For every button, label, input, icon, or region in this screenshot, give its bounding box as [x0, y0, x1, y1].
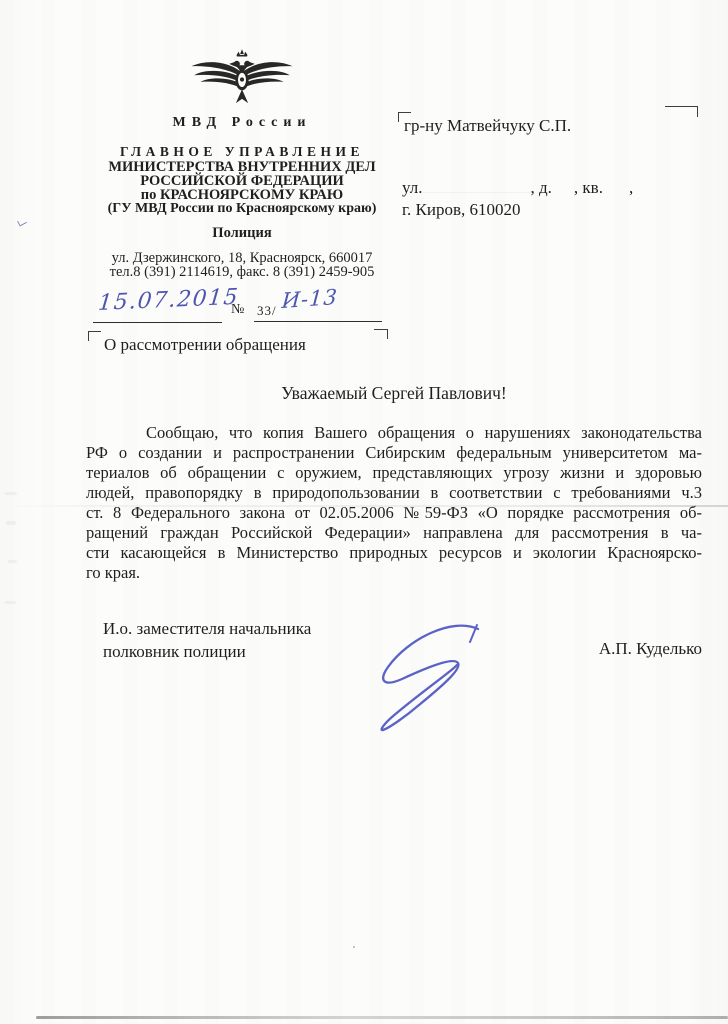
signer-name: А.П. Куделько: [552, 639, 702, 659]
org-line: МИНИСТЕРСТВА ВНУТРЕННИХ ДЕЛ: [92, 160, 392, 174]
org-line: РОССИЙСКОЙ ФЕДЕРАЦИИ: [92, 174, 392, 188]
scanned-letter-page: МВД России ГЛАВНОЕ УПРАВЛЕНИЕ МИНИСТЕРСТ…: [0, 0, 728, 1024]
scan-speck: [353, 946, 355, 948]
pen-mark-artifact: [17, 217, 27, 226]
number-sign: №: [231, 302, 244, 318]
scan-smudge: [6, 521, 16, 525]
letter-body: Сообщаю, что копия Вашего обращения о на…: [86, 423, 702, 583]
salutation: Уважаемый Сергей Павлович!: [86, 383, 702, 404]
body-line: ращений граждан Российской Федерации» на…: [86, 523, 702, 543]
scan-smudge: [8, 560, 17, 563]
agency-name: МВД России: [92, 115, 392, 131]
recipient-city: г. Киров, 610020: [402, 200, 710, 220]
body-line: сти касающейся в Министерство природных …: [86, 543, 702, 563]
number-underline: [254, 321, 382, 322]
org-line: ГЛАВНОЕ УПРАВЛЕНИЕ: [92, 144, 392, 160]
body-line: го края.: [86, 563, 702, 583]
outgoing-number-typed: 33/: [257, 303, 277, 319]
scan-smudge: [5, 601, 16, 604]
signer-position: И.о. заместителя начальника полковник по…: [103, 618, 311, 663]
subject-line: О рассмотрении обращения: [104, 335, 306, 355]
address-zone-corner-mark: [398, 112, 411, 122]
handwritten-number: И-13: [281, 285, 339, 313]
street-label: ул.: [402, 178, 423, 197]
recipient-street-line: ул., д., кв.,: [402, 178, 710, 198]
trailing-comma: ,: [629, 178, 633, 197]
org-address: ул. Дзержинского, 18, Красноярск, 660017: [92, 251, 392, 265]
signer-position-line: И.о. заместителя начальника: [103, 618, 311, 641]
signer-position-line: полковник полиции: [103, 641, 311, 664]
paper-fold-line: [0, 505, 728, 507]
org-phone: тел.8 (391) 2114619, факс. 8 (391) 2459-…: [92, 265, 392, 279]
recipient-name: гр-ну Матвейчуку С.П.: [404, 116, 710, 136]
letterhead: МВД России ГЛАВНОЕ УПРАВЛЕНИЕ МИНИСТЕРСТ…: [92, 48, 392, 279]
mvd-eagle-emblem-icon: [190, 48, 294, 110]
street-blank: [423, 192, 531, 193]
division-name: Полиция: [92, 225, 392, 242]
handwritten-signature: [340, 610, 485, 750]
recipient-block: гр-ну Матвейчуку С.П. ул., д., кв., г. К…: [398, 106, 710, 220]
org-abbreviation: (ГУ МВД России по Красноярскому краю): [92, 202, 392, 216]
body-line: териалов об обращении с оружием, предста…: [86, 463, 702, 483]
handwritten-date: 15.07.2015: [97, 285, 240, 316]
body-line: РФ о создании и распространении Сибирски…: [86, 443, 702, 463]
body-line: Сообщаю, что копия Вашего обращения о на…: [86, 423, 702, 443]
subject-corner-mark: [88, 331, 101, 341]
subject-corner-mark: [374, 329, 388, 339]
house-label: , д.: [531, 178, 552, 197]
apartment-label: , кв.: [574, 178, 603, 197]
scan-bottom-edge: [36, 1016, 728, 1019]
body-line: людей, правопорядку в природопользовании…: [86, 483, 702, 503]
org-line: по КРАСНОЯРСКОМУ КРАЮ: [92, 188, 392, 202]
scan-smudge: [5, 492, 17, 495]
date-underline: [93, 322, 222, 323]
address-zone-corner-mark: [665, 106, 698, 117]
